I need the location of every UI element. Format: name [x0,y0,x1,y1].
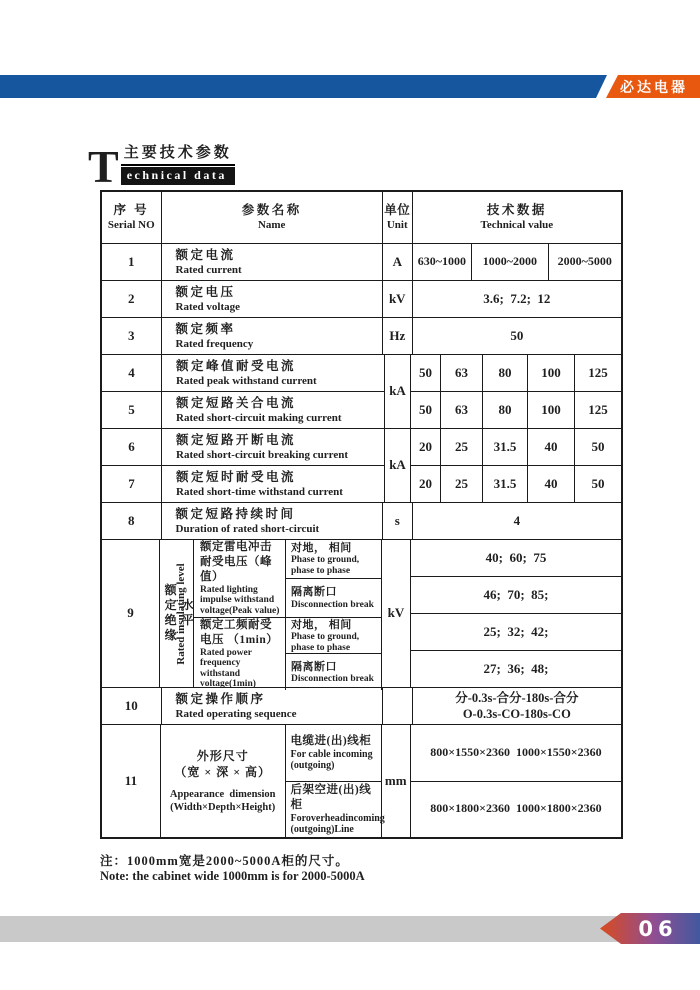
spec-table: 序 号 Serial NO 参数名称 Name 单位 Unit 技术数据 Tec… [100,190,623,839]
header-value-zh: 技术数据 [487,202,547,219]
condition-cell: 对地， 相间 Phase to ground, phase to phase [286,540,382,578]
value-cell: 31.5 [483,429,528,465]
name-cell: 额定短时耐受电流 Rated short-time withstand curr… [162,466,385,502]
value-cell: 50 [575,429,621,465]
header-serial-zh: 序 号 [113,202,149,219]
rows-4-5-left: 4 额定峰值耐受电流 Rated peak withstand current … [102,355,385,428]
footnote: 注：1000mm宽是2000~5000A柜的尺寸。 Note: the cabi… [100,851,365,884]
unit-cell-empty [383,688,413,724]
catalog-page: 必达电器 T 主要技术参数 echnical data 序 号 Serial N… [0,0,700,990]
value-row: 50 63 80 100 125 [411,392,621,428]
value-cell: 800×1550×2360 1000×1550×2360 [411,725,621,781]
value-cell: 50 [575,466,621,502]
header-name: 参数名称 Name [162,192,383,243]
cabinet-type-cell: 后架空进(出)线柜 Foroverheadincoming (outgoing)… [286,782,382,838]
value-cell: 100 [528,355,575,391]
name-cell: 额定工频耐受 电压 （1min） Rated power frequency w… [194,618,286,690]
unit-cell: kV [383,281,413,317]
title-initial-letter: T [88,149,119,185]
serial-cell: 11 [102,725,161,837]
name-cell: 额定短路关合电流 Rated short-circuit making curr… [162,392,385,428]
serial-cell: 7 [102,466,162,502]
name-cell: 额定电压 Rated voltage [162,281,383,317]
value-cell: 2000~5000 [549,244,621,280]
title-english-bar: echnical data [121,167,235,185]
row-operating-sequence: 10 额定操作顺序 Rated operating sequence 分-0.3… [102,688,621,725]
value-cell: 50 [413,318,621,354]
header-name-zh: 参数名称 [242,202,302,219]
section-title: T 主要技术参数 echnical data [88,141,235,185]
serial-cell: 8 [102,503,162,539]
header-serial: 序 号 Serial NO [102,192,162,243]
value-cell: 46; 70; 85; [411,577,621,613]
unit-cell: s [383,503,413,539]
value-cell: 分-0.3s-合分-180s-合分 O-0.3s-CO-180s-CO [413,688,621,724]
value-cell: 25 [441,429,483,465]
value-cell: 80 [483,355,528,391]
value-row: 20 25 31.5 40 50 [411,466,621,502]
insulating-level-side-label: 额定绝缘水平 Rated insulating level [160,540,194,687]
name-cell: 外形尺寸 （宽 × 深 × 高） Appearance dimension (W… [161,725,286,837]
row-short-circuit-duration: 8 额定短路持续时间 Duration of rated short-circu… [102,503,621,540]
dimension-values: 800×1550×2360 1000×1550×2360 800×1800×23… [411,725,621,837]
value-cell: 1000~2000 [472,244,548,280]
condition-stack: 对地， 相间 Phase to ground, phase to phase 隔… [286,540,382,617]
cabinet-type-stack: 电缆进(出)线柜 For cable incoming (outgoing) 后… [286,725,382,837]
insulating-level-values: 40; 60; 75 46; 70; 85; 25; 32; 42; 27; 3… [411,540,621,687]
top-banner: 必达电器 [0,75,700,98]
title-chinese: 主要技术参数 [121,141,235,166]
name-cell: 额定频率 Rated frequency [162,318,383,354]
name-cell: 额定电流 Rated current [162,244,383,280]
unit-cell-ka: kA [385,429,411,502]
serial-cell: 3 [102,318,162,354]
title-text-block: 主要技术参数 echnical data [121,141,235,185]
header-name-en: Name [258,219,286,232]
condition-cell: 对地， 相间 Phase to ground, phase to phase [286,618,382,654]
value-cell: 25; 32; 42; [411,614,621,650]
condition-cell: 隔离断口 Disconnection break [286,654,382,690]
unit-cell: A [383,244,413,280]
value-cell: 63 [441,355,483,391]
name-cell: 额定雷电冲击 耐受电压（峰值） Rated lighting impulse w… [194,540,286,617]
rows-6-7-values: 20 25 31.5 40 50 20 25 31.5 40 50 [411,429,621,502]
serial-cell: 2 [102,281,162,317]
name-cell: 额定操作顺序 Rated operating sequence [162,688,383,724]
value-cell: 50 [411,355,441,391]
value-cell: 50 [411,392,441,428]
name-cell: 额定短路持续时间 Duration of rated short-circuit [162,503,383,539]
name-cell: 额定短路开断电流 Rated short-circuit breaking cu… [162,429,385,465]
row-insulating-level: 9 额定绝缘水平 Rated insulating level 额定雷电冲击 耐… [102,540,621,688]
value-cell: 630~1000 [413,244,473,280]
serial-cell: 10 [102,688,162,724]
insulating-level-middle: 额定雷电冲击 耐受电压（峰值） Rated lighting impulse w… [194,540,382,687]
name-cell: 额定峰值耐受电流 Rated peak withstand current [162,355,385,391]
value-cell: 100 [528,392,575,428]
unit-cell-kv: kV [382,540,411,687]
serial-cell: 5 [102,392,162,428]
value-cell: 40 [528,429,575,465]
header-unit: 单位 Unit [383,192,413,243]
row-appearance-dimension: 11 外形尺寸 （宽 × 深 × 高） Appearance dimension… [102,725,621,837]
rows-6-7-left: 6 额定短路开断电流 Rated short-circuit breaking … [102,429,385,502]
value-cell: 20 [411,429,441,465]
footnote-en: Note: the cabinet wide 1000mm is for 200… [100,869,365,884]
row-group-4-5: 4 额定峰值耐受电流 Rated peak withstand current … [102,355,621,429]
unit-cell-ka: kA [385,355,411,428]
row-making-current: 5 额定短路关合电流 Rated short-circuit making cu… [102,392,385,428]
condition-cell: 隔离断口 Disconnection break [286,579,382,617]
row-peak-withstand: 4 额定峰值耐受电流 Rated peak withstand current [102,355,385,392]
brand-logo-text: 必达电器 [620,77,688,97]
header-unit-en: Unit [387,219,408,232]
value-row: 20 25 31.5 40 50 [411,429,621,466]
footer-page-tag: 06 [600,913,700,944]
value-cell: 27; 36; 48; [411,651,621,687]
serial-cell: 9 [102,540,160,687]
row-group-6-7: 6 额定短路开断电流 Rated short-circuit breaking … [102,429,621,503]
page-number: 06 [622,917,677,941]
power-frequency-block: 额定工频耐受 电压 （1min） Rated power frequency w… [194,618,382,690]
value-cell: 3.6; 7.2; 12 [413,281,621,317]
serial-cell: 1 [102,244,162,280]
value-cell: 31.5 [483,466,528,502]
side-label-en: Rated insulating level [175,563,187,664]
value-cell: 125 [575,392,621,428]
header-value: 技术数据 Technical value [413,192,621,243]
impulse-voltage-block: 额定雷电冲击 耐受电压（峰值） Rated lighting impulse w… [194,540,382,618]
serial-cell: 6 [102,429,162,465]
row-rated-current: 1 额定电流 Rated current A 630~1000 1000~200… [102,244,621,281]
row-breaking-current: 6 额定短路开断电流 Rated short-circuit breaking … [102,429,385,466]
value-cell: 25 [441,466,483,502]
footer-gray-bar [0,916,700,942]
header-value-en: Technical value [481,219,554,232]
unit-cell: Hz [383,318,413,354]
cabinet-type-cell: 电缆进(出)线柜 For cable incoming (outgoing) [286,725,382,781]
serial-cell: 4 [102,355,162,391]
value-cell: 80 [483,392,528,428]
footnote-zh: 注：1000mm宽是2000~5000A柜的尺寸。 [100,851,365,869]
value-cell: 63 [441,392,483,428]
unit-cell-mm: mm [382,725,411,837]
row-rated-frequency: 3 额定频率 Rated frequency Hz 50 [102,318,621,355]
value-row: 50 63 80 100 125 [411,355,621,392]
value-cell: 40 [528,466,575,502]
table-header-row: 序 号 Serial NO 参数名称 Name 单位 Unit 技术数据 Tec… [102,192,621,244]
value-cell: 125 [575,355,621,391]
value-cell: 40; 60; 75 [411,540,621,576]
row-short-time-withstand: 7 额定短时耐受电流 Rated short-time withstand cu… [102,466,385,502]
value-cell: 4 [413,503,621,539]
banner-blue-stripe [0,75,700,98]
condition-stack: 对地， 相间 Phase to ground, phase to phase 隔… [286,618,382,690]
value-cell: 20 [411,466,441,502]
value-cell: 800×1800×2360 1000×1800×2360 [411,782,621,838]
header-unit-zh: 单位 [384,202,410,219]
row-rated-voltage: 2 额定电压 Rated voltage kV 3.6; 7.2; 12 [102,281,621,318]
rows-4-5-values: 50 63 80 100 125 50 63 80 100 125 [411,355,621,428]
header-serial-en: Serial NO [108,219,155,232]
